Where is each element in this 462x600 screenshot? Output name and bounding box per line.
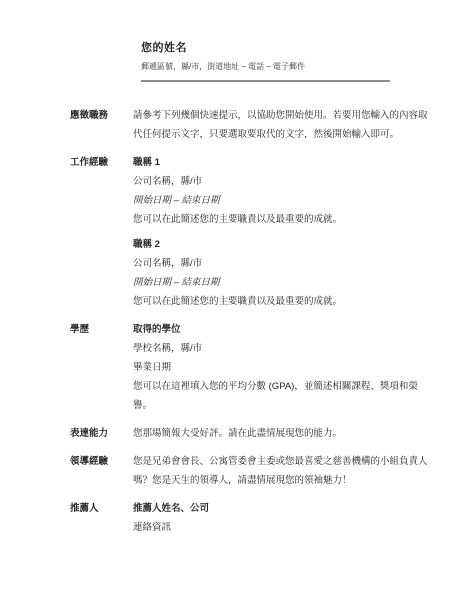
page-title: 您的姓名 bbox=[141, 41, 462, 55]
section-label-experience: 工作經驗 bbox=[70, 153, 133, 311]
leadership-text: 您是兄弟會會長、公寓管委會主委或您最喜愛之慈善機構的小組負責人嗎？您是天生的領導… bbox=[133, 452, 435, 490]
section-education: 學歷 取得的學位 學校名稱，縣/市 畢業日期 您可以在這裡填入您的平均分數 (G… bbox=[70, 320, 462, 415]
section-objective: 應徵職務 請參考下列幾個快速提示，以協助您開始使用。若要用您輸入的內容取代任何提… bbox=[70, 106, 462, 144]
job-entry-2: 職稱 2 公司名稱，縣/市 開始日期 – 結束日期 您可以在此簡述您的主要職責以… bbox=[133, 235, 435, 311]
references-content: 推薦人姓名、公司 連絡資訊 bbox=[133, 499, 435, 537]
education-school: 學校名稱，縣/市 bbox=[133, 339, 435, 358]
section-label-communication: 表達能力 bbox=[70, 424, 133, 443]
section-label-education: 學歷 bbox=[70, 320, 133, 415]
objective-content: 請參考下列幾個快速提示，以協助您開始使用。若要用您輸入的內容取代任何提示文字，只… bbox=[133, 106, 435, 144]
job-description: 您可以在此簡述您的主要職責以及最重要的成就。 bbox=[133, 210, 435, 229]
section-leadership: 領導經驗 您是兄弟會會長、公寓管委會主委或您最喜愛之慈善機構的小組負責人嗎？您是… bbox=[70, 452, 462, 490]
job-title: 職稱 1 bbox=[133, 153, 435, 172]
job-company: 公司名稱，縣/市 bbox=[133, 254, 435, 273]
job-company: 公司名稱，縣/市 bbox=[133, 172, 435, 191]
contact-line: 郵遞區號，縣/市，街道地址 – 電話 – 電子郵件 bbox=[141, 61, 462, 72]
reference-contact: 連絡資訊 bbox=[133, 518, 435, 537]
resume-body: 應徵職務 請參考下列幾個快速提示，以協助您開始使用。若要用您輸入的內容取代任何提… bbox=[70, 106, 462, 537]
education-content: 取得的學位 學校名稱，縣/市 畢業日期 您可以在這裡填入您的平均分數 (GPA)… bbox=[133, 320, 435, 415]
job-dates: 開始日期 – 結束日期 bbox=[133, 191, 435, 210]
section-label-references: 推薦人 bbox=[70, 499, 133, 537]
objective-text: 請參考下列幾個快速提示，以協助您開始使用。若要用您輸入的內容取代任何提示文字，只… bbox=[133, 106, 435, 144]
reference-name-company: 推薦人姓名、公司 bbox=[133, 499, 435, 518]
job-dates: 開始日期 – 結束日期 bbox=[133, 273, 435, 292]
header-divider bbox=[141, 80, 390, 82]
job-title: 職稱 2 bbox=[133, 235, 435, 254]
job-entry-1: 職稱 1 公司名稱，縣/市 開始日期 – 結束日期 您可以在此簡述您的主要職責以… bbox=[133, 153, 435, 229]
communication-text: 您那場簡報大受好評。請在此盡情展現您的能力。 bbox=[133, 424, 435, 443]
education-description: 您可以在這裡填入您的平均分數 (GPA)，並簡述相關課程、獎項和榮譽。 bbox=[133, 377, 435, 415]
section-experience: 工作經驗 職稱 1 公司名稱，縣/市 開始日期 – 結束日期 您可以在此簡述您的… bbox=[70, 153, 462, 311]
section-communication: 表達能力 您那場簡報大受好評。請在此盡情展現您的能力。 bbox=[70, 424, 462, 443]
section-label-leadership: 領導經驗 bbox=[70, 452, 133, 490]
job-description: 您可以在此簡述您的主要職責以及最重要的成就。 bbox=[133, 292, 435, 311]
resume-header: 您的姓名 郵遞區號，縣/市，街道地址 – 電話 – 電子郵件 bbox=[141, 0, 462, 82]
experience-content: 職稱 1 公司名稱，縣/市 開始日期 – 結束日期 您可以在此簡述您的主要職責以… bbox=[133, 153, 435, 311]
education-degree: 取得的學位 bbox=[133, 320, 435, 339]
resume-page: 您的姓名 郵遞區號，縣/市，街道地址 – 電話 – 電子郵件 應徵職務 請參考下… bbox=[0, 0, 462, 600]
education-graduation-date: 畢業日期 bbox=[133, 358, 435, 377]
leadership-content: 您是兄弟會會長、公寓管委會主委或您最喜愛之慈善機構的小組負責人嗎？您是天生的領導… bbox=[133, 452, 435, 490]
communication-content: 您那場簡報大受好評。請在此盡情展現您的能力。 bbox=[133, 424, 435, 443]
section-label-objective: 應徵職務 bbox=[70, 106, 133, 144]
section-references: 推薦人 推薦人姓名、公司 連絡資訊 bbox=[70, 499, 462, 537]
